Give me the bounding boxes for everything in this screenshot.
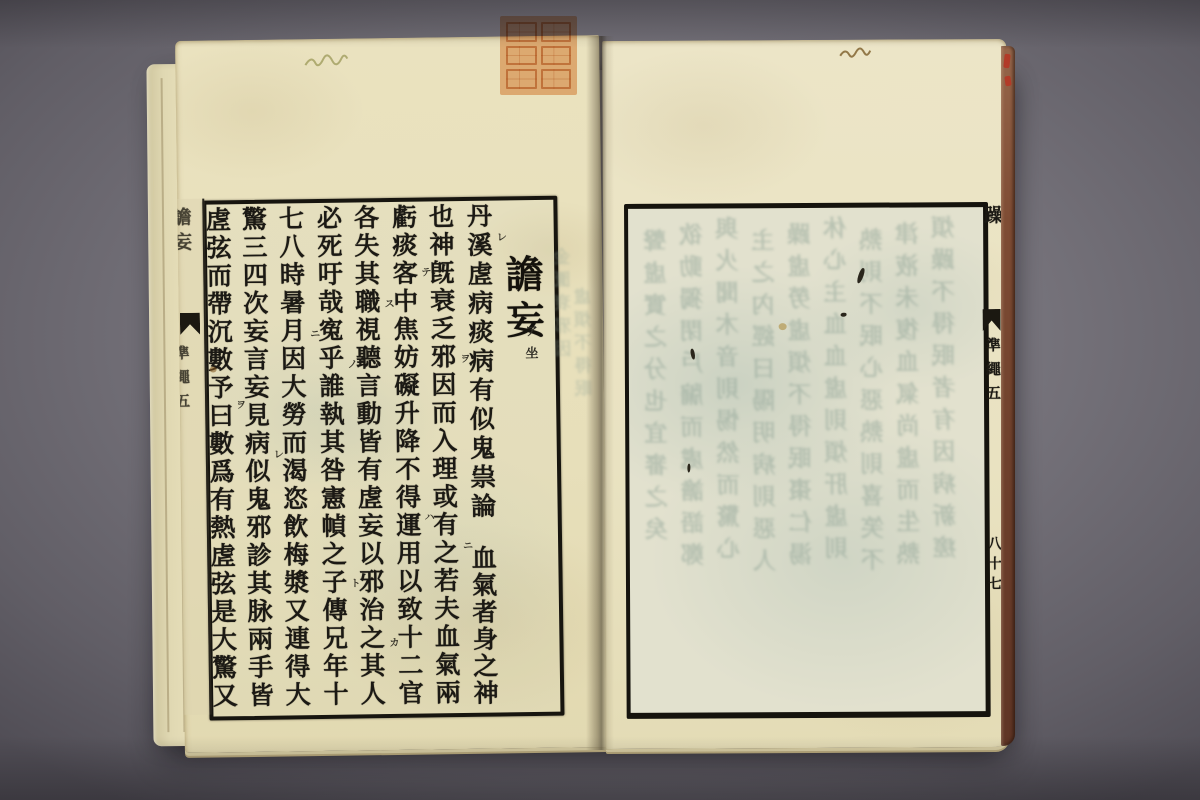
fold-strip-section-label: 譫妄: [177, 207, 190, 257]
seal-glyph: [506, 46, 537, 66]
fold-strip-volume-label: 準繩五: [985, 337, 1000, 409]
text-column: 驚三四次妄言妄見病似鬼邪診其脉兩手皆: [240, 206, 272, 710]
show-through-column: 熱則不眠心惡熱則喜笑不: [861, 228, 886, 580]
kunten-reading-mark: ニ: [463, 542, 473, 552]
right-page-empty-frame: 煩躁不得眠者有因病新瘥津液未復血氣尚虛而生熱熱則不眠心惡熱則喜笑不休心主血血虛則…: [624, 202, 991, 719]
book-gutter: [586, 36, 614, 750]
seal-glyph: [541, 46, 572, 66]
kunten-reading-mark: ノ: [348, 360, 358, 370]
seal-glyph: [541, 69, 572, 89]
left-page: 譫妄 準繩五 譫妄ア坐丹溪虗病痰病有似鬼祟論血氣者身之神也神旣衰乏邪因而入理或有…: [175, 35, 609, 753]
photo-background: 譫妄 準繩五 譫妄ア坐丹溪虗病痰病有似鬼祟論血氣者身之神也神旣衰乏邪因而入理或有…: [0, 0, 1200, 800]
seal-glyph: [541, 22, 572, 42]
stain: [779, 323, 787, 330]
kunten-reading-mark: ヲ: [236, 401, 246, 411]
kunten-reading-mark: ト: [351, 579, 361, 589]
page-edge-line: [161, 78, 170, 733]
show-through-column: 休心主血血虛則煩肝虛則: [825, 216, 850, 568]
red-cover-fleck: [1004, 76, 1011, 87]
fishtail-marker: [983, 309, 1001, 331]
page-number: 八十七: [987, 536, 1001, 596]
ink-squiggle: [838, 46, 872, 62]
show-through-column: 聲虛實之分也宜審之矣: [645, 229, 670, 549]
show-through-column: 躁虛勞虛煩不得眠棗仁湯: [789, 222, 814, 574]
text-column: 各失其職視聽言動皆有虗妄以邪治之其人: [352, 204, 384, 708]
pencil-squiggle: [303, 51, 349, 74]
show-through-column: 金匱衰邪因: [556, 247, 575, 362]
text-column: 虗弦而帶沉數予曰數爲有熱虗弦是大驚又: [204, 206, 236, 710]
right-page: 煩躁不得眠者有因病新瘥津液未復血氣尚虛而生熱熱則不眠心惡熱則喜笑不休心主血血虛則…: [602, 39, 1010, 749]
kunten-reading-mark: レ: [497, 233, 507, 243]
text-column: 必死吁哉寃乎誰執其咎憲幀之子傳兄年十: [315, 205, 347, 709]
red-cover-fleck: [1003, 54, 1010, 69]
show-through-column: 主之內經曰陽明病則惡人: [753, 228, 778, 580]
fold-strip-section-label: 躁: [982, 205, 1001, 224]
show-through-column: 津液未復血氣尚虛而生熱: [897, 221, 922, 573]
right-fold-strip: 躁 準繩五 八十七: [602, 39, 1006, 41]
text-column: 虧痰客中焦妨礙升降不得運用以致十二官: [390, 204, 422, 708]
show-through-column: 與火聞木音則惕然而驚心: [717, 216, 742, 568]
stain: [210, 366, 217, 372]
seal-glyph: [506, 69, 537, 89]
show-through-column: 欲動獨閉戶牖而處譫語鄭: [681, 223, 706, 575]
kunten-reading-mark: ハ: [425, 513, 435, 523]
text-column: 也神旣衰乏邪因而入理或有之若夫血氣兩: [427, 203, 459, 707]
text-column: 血氣者身之神: [470, 545, 497, 707]
show-through-text: 煩躁不得眠者有因病新瘥津液未復血氣尚虛而生熱熱則不眠心惡熱則喜笑不休心主血血虛則…: [628, 207, 983, 209]
kunten-reading-mark: カ: [389, 639, 399, 649]
kunten-reading-mark: レ: [274, 451, 284, 461]
kunten-reading-mark: ス: [385, 300, 395, 310]
collection-seal: [500, 16, 577, 95]
kunten-reading-mark: ニ: [310, 330, 320, 340]
section-title-annotation: ア坐: [523, 324, 537, 368]
seal-glyph: [506, 22, 537, 42]
fore-edge-cover-sliver: [1001, 46, 1015, 746]
fishtail-marker: [180, 313, 200, 335]
kunten-reading-mark: テ: [421, 268, 431, 278]
kunten-reading-mark: ヲ: [460, 355, 470, 365]
show-through-column: 煩躁不得眠者有因病新瘥: [933, 215, 958, 567]
